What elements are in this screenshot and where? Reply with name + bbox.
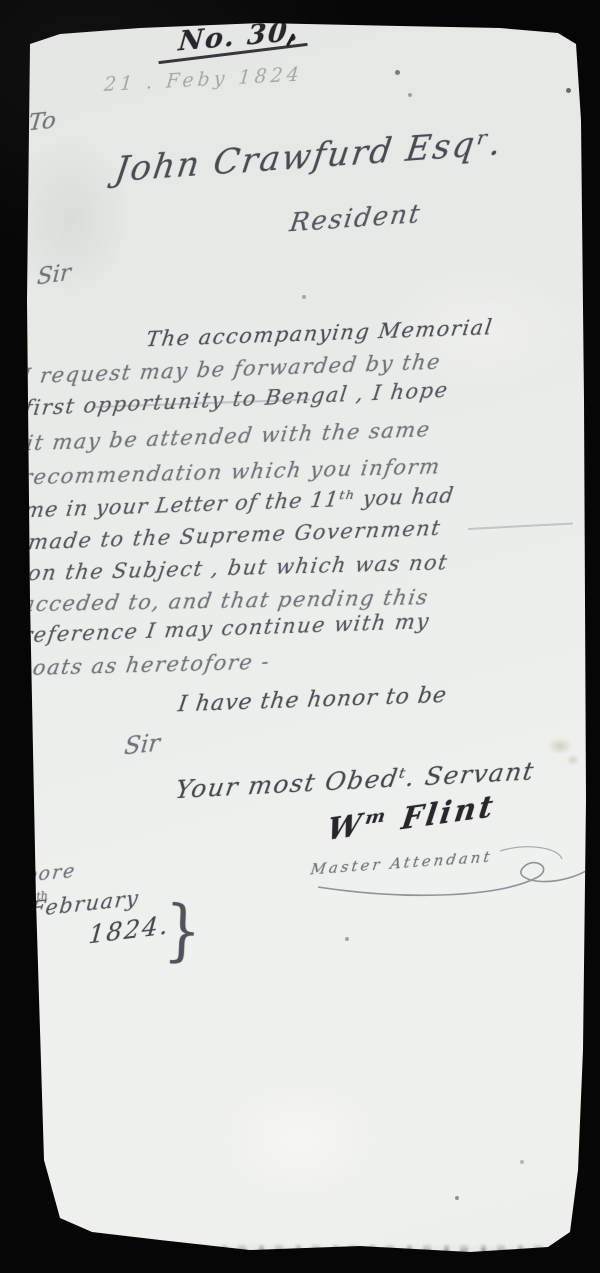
- date-brace: }: [162, 890, 202, 970]
- recipient-title-line: Resident: [288, 199, 424, 239]
- body-line: me in your Letter of the 11ᵗʰ you had: [23, 483, 456, 522]
- signature-flourish: [300, 845, 595, 915]
- address-to-label: To: [27, 107, 57, 136]
- pencil-stroke: [468, 523, 573, 530]
- ink-speck: [14, 756, 17, 759]
- closing-sir: Sir: [123, 728, 161, 760]
- body-line: The accompanying Memorial: [145, 315, 495, 351]
- place-fragment: pore: [23, 859, 77, 886]
- body-line: recommendation which you inform: [20, 454, 442, 489]
- ink-speck: [455, 1196, 459, 1200]
- body-line: Boats as heretofore -: [14, 649, 272, 680]
- body-line: made to the Supreme Government: [27, 516, 443, 555]
- ink-speck: [520, 1160, 524, 1164]
- signature-name: Wᵐ Flint: [325, 788, 498, 848]
- ink-speck: [395, 70, 400, 75]
- scanned-letter-page: No. 30. 21 . Feby 1824 To John Crawfurd …: [0, 0, 600, 1273]
- salutation-sir: Sir: [36, 259, 72, 290]
- pencil-date-note: 21 . Feby 1824: [103, 64, 304, 97]
- letter-paper: No. 30. 21 . Feby 1824 To John Crawfurd …: [0, 0, 600, 1273]
- date-year: 1824.: [87, 910, 171, 949]
- body-line: it may be attended with the same: [25, 417, 433, 455]
- recipient-name-line: John Crawfurd Esqʳ.: [112, 123, 505, 191]
- closing-honor-line: I have the honor to be: [176, 683, 448, 718]
- ink-speck: [566, 88, 571, 93]
- ink-speck: [12, 790, 16, 794]
- ink-speck: [408, 93, 412, 97]
- ink-speck: [345, 937, 349, 941]
- ink-speck: [302, 295, 306, 299]
- body-line: on the Subject , but which was not: [26, 550, 450, 585]
